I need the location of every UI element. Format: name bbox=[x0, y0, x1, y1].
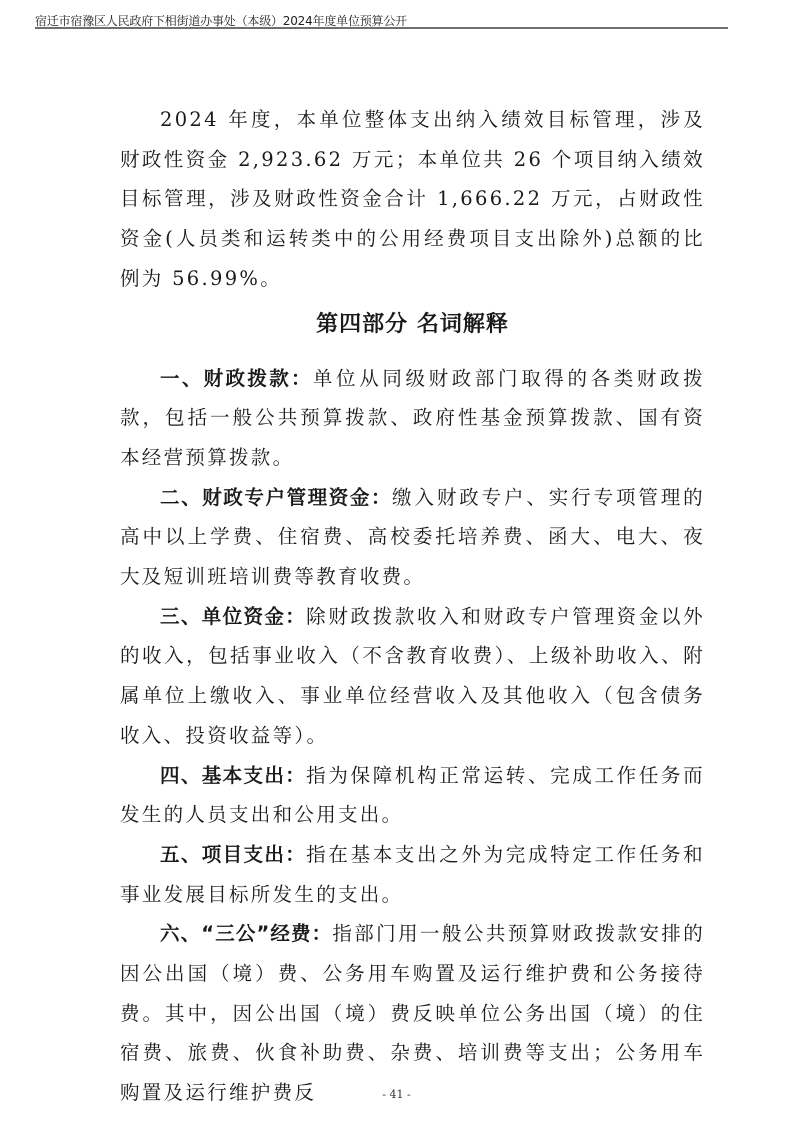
term-definition: 四、基本支出：指为保障机构正常运转、完成工作任务而发生的人员支出和公用支出。 bbox=[120, 756, 705, 835]
term-label: 二、财政专户管理资金： bbox=[160, 486, 392, 509]
section-title: 第四部分 名词解释 bbox=[120, 305, 705, 345]
term-definition: 一、财政拨款：单位从同级财政部门取得的各类财政拨款，包括一般公共预算拨款、政府性… bbox=[120, 359, 705, 478]
intro-paragraph: 2024 年度，本单位整体支出纳入绩效目标管理，涉及财政性资金 2,923.62… bbox=[120, 100, 705, 299]
term-definition: 二、财政专户管理资金：缴入财政专户、实行专项管理的高中以上学费、住宿费、高校委托… bbox=[120, 478, 705, 597]
term-definition: 五、项目支出：指在基本支出之外为完成特定工作任务和事业发展目标所发生的支出。 bbox=[120, 835, 705, 914]
term-label: 六、“三公”经费： bbox=[160, 922, 332, 945]
term-definition: 六、“三公”经费：指部门用一般公共预算财政拨款安排的因公出国（境）费、公务用车购… bbox=[120, 914, 705, 1113]
document-body: 2024 年度，本单位整体支出纳入绩效目标管理，涉及财政性资金 2,923.62… bbox=[120, 100, 705, 1113]
page-number: - 41 - bbox=[0, 1088, 793, 1101]
header-divider bbox=[35, 27, 728, 29]
term-label: 五、项目支出： bbox=[160, 843, 306, 866]
term-label: 一、财政拨款： bbox=[160, 367, 313, 390]
term-text: 指部门用一般公共预算财政拨款安排的因公出国（境）费、公务用车购置及运行维护费和公… bbox=[120, 922, 705, 1104]
term-label: 四、基本支出： bbox=[160, 764, 306, 787]
term-label: 三、单位资金： bbox=[160, 605, 306, 628]
term-definition: 三、单位资金：除财政拨款收入和财政专户管理资金以外的收入，包括事业收入（不含教育… bbox=[120, 597, 705, 756]
